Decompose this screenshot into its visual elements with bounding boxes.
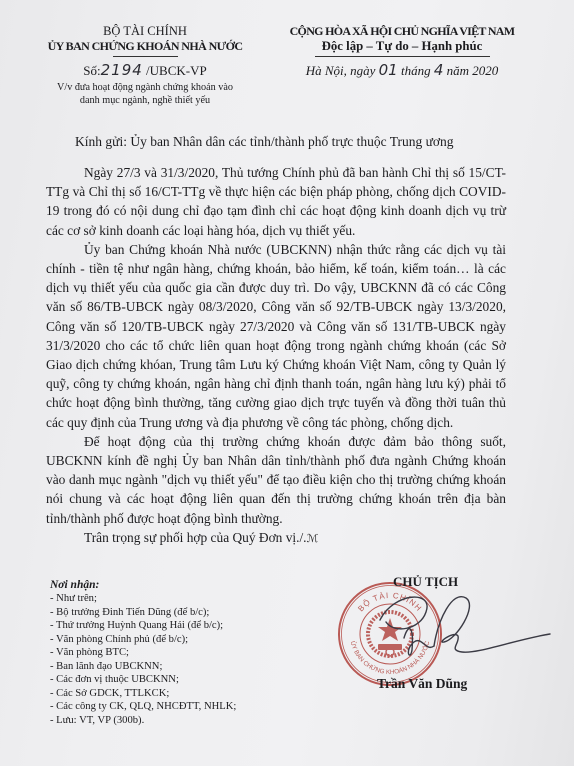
day-handwritten: 01 xyxy=(379,61,398,79)
paragraph: Ủy ban Chứng khoán Nhà nước (UBCKNN) nhậ… xyxy=(46,240,506,432)
initials-mark: ℳ xyxy=(307,532,319,545)
place-date: Hà Nội, ngày 01 tháng 4 năm 2020 xyxy=(252,62,552,79)
greeting: Kính gửi: Ủy ban Nhân dân các tỉnh/thành… xyxy=(75,134,454,150)
paragraph: Ngày 27/3 và 31/3/2020, Thủ tướng Chính … xyxy=(46,163,506,240)
issuer-header: BỘ TÀI CHÍNH ỦY BAN CHỨNG KHOÁN NHÀ NƯỚC… xyxy=(40,24,250,107)
header-divider xyxy=(113,56,178,57)
handwritten-signature-icon xyxy=(374,590,554,670)
recipient-item: - Các Sở GDCK, TTLKCK; xyxy=(50,687,310,701)
agency-name: ỦY BAN CHỨNG KHOÁN NHÀ NƯỚC xyxy=(40,39,250,53)
recipient-item: - Ban lãnh đạo UBCKNN; xyxy=(50,660,310,674)
month-handwritten: 4 xyxy=(434,61,444,79)
document-number-suffix: /UBCK-VP xyxy=(146,63,207,78)
recipient-item: - Văn phòng BTC; xyxy=(50,646,310,660)
national-motto: Độc lập – Tự do – Hạnh phúc xyxy=(252,38,552,54)
nation-name: CỘNG HÒA XÃ HỘI CHỦ NGHĨA VIỆT NAM xyxy=(252,24,552,38)
subject-line-2: danh mục ngành, nghề thiết yếu xyxy=(40,95,250,108)
national-header: CỘNG HÒA XÃ HỘI CHỦ NGHĨA VIỆT NAM Độc l… xyxy=(252,24,552,79)
recipient-item: - Văn phòng Chính phủ (để b/c); xyxy=(50,633,310,647)
month-label: tháng xyxy=(401,63,431,78)
document-subject: V/v đưa hoạt động ngành chứng khoán vào … xyxy=(40,82,250,107)
paragraph: Để hoạt động của thị trường chứng khoán … xyxy=(46,432,506,528)
motto-divider xyxy=(315,56,490,57)
recipients-title: Nơi nhận: xyxy=(50,578,310,592)
closing-line: Trân trọng sự phối hợp của Quý Đơn vị./.… xyxy=(46,528,506,548)
recipient-item: - Như trên; xyxy=(50,592,310,606)
ministry-name: BỘ TÀI CHÍNH xyxy=(40,24,250,39)
document-number: Số:2194 /UBCK-VP xyxy=(40,62,250,79)
document-number-handwritten: 2194 xyxy=(101,61,143,79)
year-text: năm 2020 xyxy=(447,63,499,78)
recipient-item: - Thứ trưởng Huỳnh Quang Hải (để b/c); xyxy=(50,619,310,633)
signer-name: Trần Văn Dũng xyxy=(377,676,467,692)
recipient-item: - Các đơn vị thuộc UBCKNN; xyxy=(50,673,310,687)
document-number-prefix: Số: xyxy=(83,63,100,78)
letter-body: Ngày 27/3 và 31/3/2020, Thủ tướng Chính … xyxy=(46,163,506,548)
closing-text: Trân trọng sự phối hợp của Quý Đơn vị./. xyxy=(84,530,307,545)
place-prefix: Hà Nội, ngày xyxy=(306,63,376,78)
recipient-item: - Các công ty CK, QLQ, NHCĐTT, NHLK; xyxy=(50,700,310,714)
recipient-item: - Bộ trưởng Đinh Tiến Dũng (để b/c); xyxy=(50,606,310,620)
recipient-item: - Lưu: VT, VP (300b). xyxy=(50,714,310,728)
signer-title: CHỦ TỊCH xyxy=(393,574,458,590)
subject-line-1: V/v đưa hoạt động ngành chứng khoán vào xyxy=(40,82,250,95)
recipients-list: Nơi nhận: - Như trên; - Bộ trưởng Đinh T… xyxy=(50,578,310,727)
